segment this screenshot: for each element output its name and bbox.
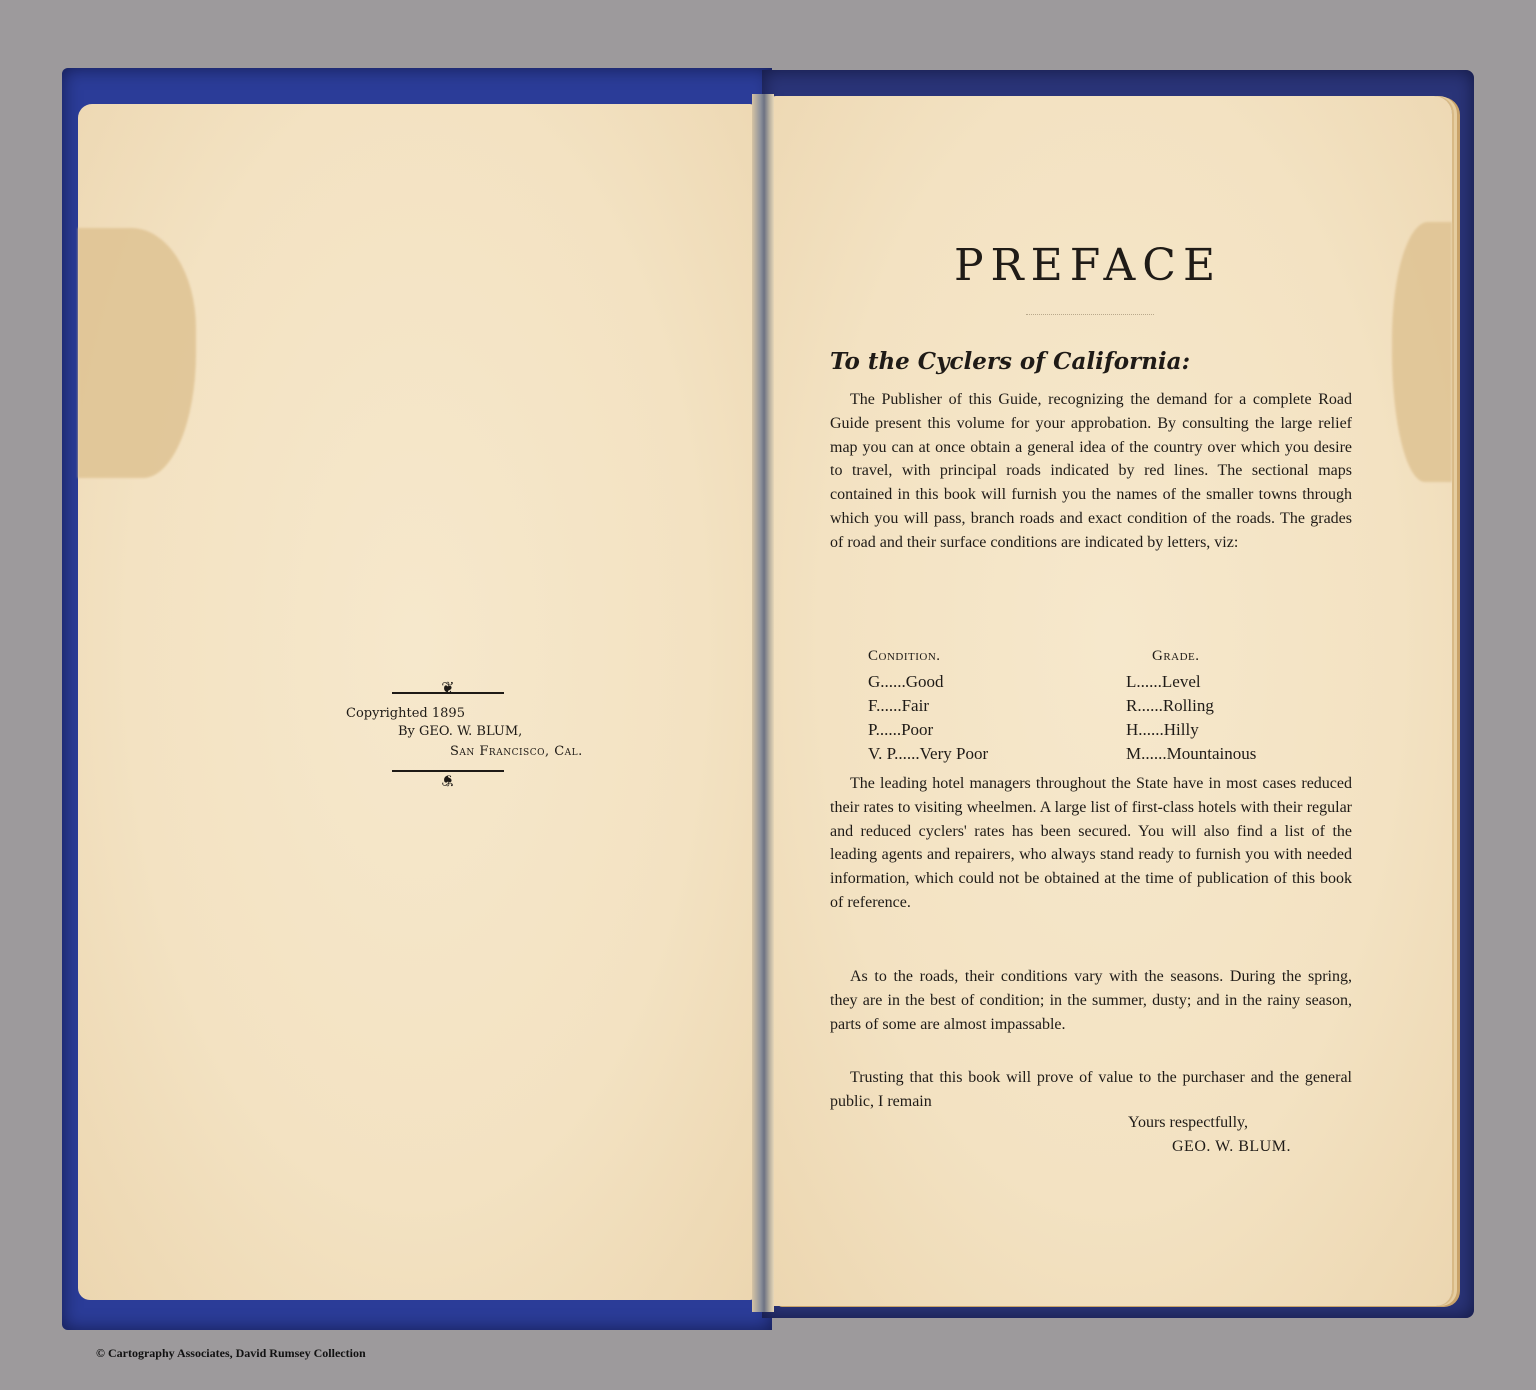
fleuron-icon: ❦: [434, 772, 462, 788]
water-stain-left: [78, 228, 196, 478]
salutation: To the Cyclers of California:: [830, 348, 1190, 375]
legend-item: P......Poor: [868, 718, 988, 742]
closing-line: Yours respectfully,: [1128, 1114, 1248, 1132]
legend-item: M......Mountainous: [1126, 742, 1256, 766]
copyright-year: Copyrighted 1895: [346, 706, 465, 721]
water-stain-right: [1392, 222, 1452, 482]
paragraph: Trusting that this book will prove of va…: [830, 1066, 1352, 1114]
book-gutter: [752, 94, 774, 1312]
legend-item: L......Level: [1126, 670, 1256, 694]
legend-item: F......Fair: [868, 694, 988, 718]
signature: GEO. W. BLUM.: [1172, 1138, 1291, 1156]
legend-item: G......Good: [868, 670, 988, 694]
condition-header: Condition.: [868, 644, 988, 668]
copyright-author: By GEO. W. BLUM,: [398, 724, 522, 739]
legend-item: H......Hilly: [1126, 718, 1256, 742]
paragraph: The leading hotel managers throughout th…: [830, 772, 1352, 915]
grade-header: Grade.: [1126, 644, 1256, 668]
collection-credit: © Cartography Associates, David Rumsey C…: [96, 1346, 366, 1361]
condition-column: Condition. G......Good F......Fair P....…: [868, 644, 988, 766]
legend-item: V. P......Very Poor: [868, 742, 988, 766]
grade-column: Grade. L......Level R......Rolling H....…: [1126, 644, 1256, 766]
page-title: PREFACE: [918, 240, 1258, 291]
legend-item: R......Rolling: [1126, 694, 1256, 718]
fleuron-icon: ❦: [434, 680, 462, 696]
copyright-location: San Francisco, Cal.: [450, 744, 583, 759]
paragraph: As to the roads, their conditions vary w…: [830, 965, 1352, 1036]
paragraph: The Publisher of this Guide, recognizing…: [830, 388, 1352, 555]
title-divider: [1026, 314, 1154, 317]
